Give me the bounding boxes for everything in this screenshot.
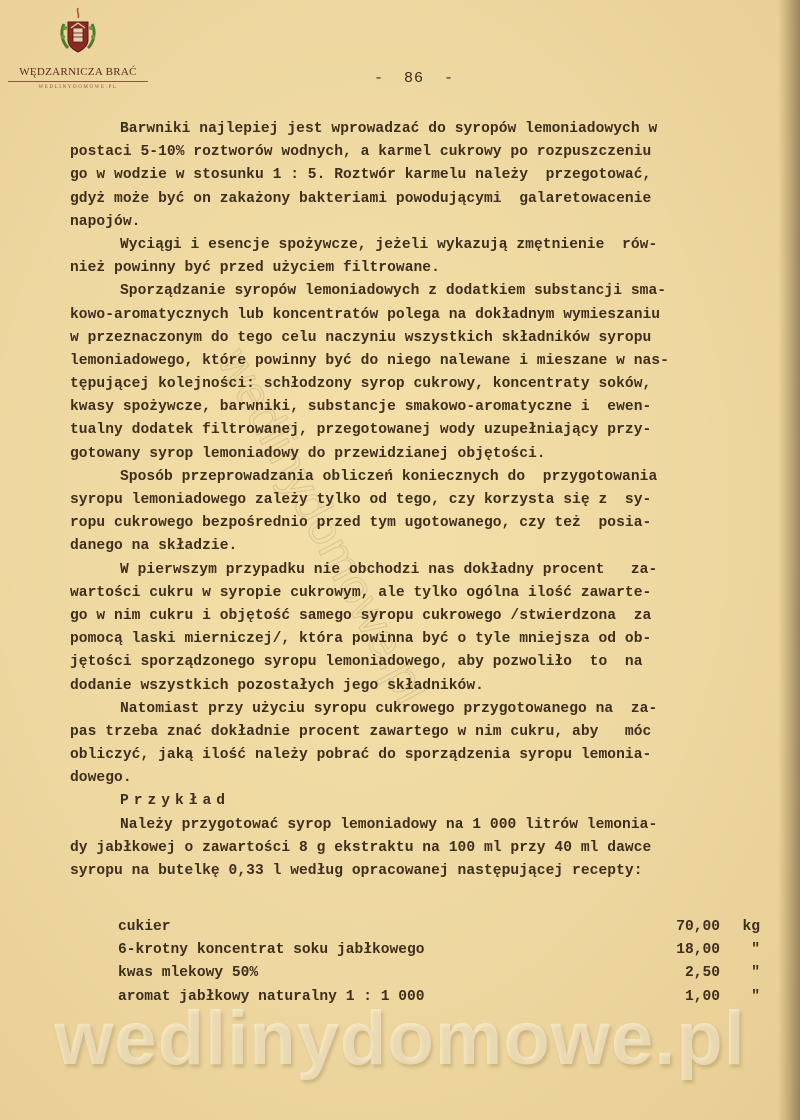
example-heading: Przykład [70, 790, 770, 813]
text-line: kwasy spożywcze, barwniki, substancje sm… [70, 396, 770, 419]
recipe-unit: " [720, 962, 760, 985]
paragraph-calculation-method: Sposób przeprowadzania obliczeń konieczn… [70, 466, 770, 559]
text-line: gdyż może być on zakażony bakteriami pow… [70, 188, 770, 211]
recipe-amount: 18,00 [640, 939, 720, 962]
text-line: gotowany syrop lemoniadowy do przewidzia… [70, 443, 770, 466]
text-line: Należy przygotować syrop lemoniadowy na … [70, 814, 770, 837]
text-line: dy jabłkowej o zawartości 8 g ekstraktu … [70, 837, 770, 860]
text-line: nież powinny być przed użyciem filtrowan… [70, 257, 770, 280]
text-line: Barwniki najlepiej jest wprowadzać do sy… [70, 118, 770, 141]
text-line: pas trzeba znać dokładnie procent zawart… [70, 721, 770, 744]
recipe-amount: 2,50 [640, 962, 720, 985]
text-line: dowego. [70, 767, 770, 790]
text-line: obliczyć, jaką ilość należy pobrać do sp… [70, 744, 770, 767]
text-line: dodanie wszystkich pozostałych jego skła… [70, 675, 770, 698]
text-line: ropu cukrowego bezpośrednio przed tym ug… [70, 512, 770, 535]
text-line: W pierwszym przypadku nie obchodzi nas d… [70, 559, 770, 582]
text-line: danego na składzie. [70, 535, 770, 558]
page-number: - 86 - [374, 70, 454, 87]
text-line: syropu lemoniadowego zależy tylko od teg… [70, 489, 770, 512]
crest-icon [58, 6, 98, 58]
recipe-amount: 70,00 [640, 916, 720, 939]
site-logo[interactable]: WĘDZARNICZA BRAĆ WEDLINYDOMOWE.PL [8, 6, 148, 90]
text-line: tualny dodatek filtrowanej, przegotowane… [70, 419, 770, 442]
paragraph-preparation: Sporządzanie syropów lemoniadowych z dod… [70, 280, 770, 466]
recipe-ingredient: 6-krotny koncentrat soku jabłkowego [118, 939, 640, 962]
text-line: jętości sporządzonego syropu lemoniadowe… [70, 651, 770, 674]
text-line: lemoniadowego, które powinny być do nieg… [70, 350, 770, 373]
recipe-unit: kg [720, 916, 760, 939]
recipe-ingredient: kwas mlekowy 50% [118, 962, 640, 985]
recipe-row: 6-krotny koncentrat soku jabłkowego 18,0… [118, 939, 760, 962]
paragraph-colorants: Barwniki najlepiej jest wprowadzać do sy… [70, 118, 770, 234]
logo-subtitle: WEDLINYDOMOWE.PL [8, 85, 148, 90]
site-watermark: wedlinydomowe.pl [0, 995, 800, 1082]
text-line: Sposób przeprowadzania obliczeń konieczn… [70, 466, 770, 489]
logo-name: WĘDZARNICZA BRAĆ [8, 66, 148, 78]
paragraph-first-case: W pierwszym przypadku nie obchodzi nas d… [70, 559, 770, 698]
paragraph-second-case: Natomiast przy użyciu syropu cukrowego p… [70, 698, 770, 791]
text-line: syropu na butelkę 0,33 l według opracowa… [70, 860, 770, 883]
text-line: w przeznaczonym do tego celu naczyniu ws… [70, 327, 770, 350]
recipe-unit: " [720, 939, 760, 962]
text-line: Sporządzanie syropów lemoniadowych z dod… [70, 280, 770, 303]
text-line: pomocą laski mierniczej/, która powinna … [70, 628, 770, 651]
text-line: Wyciągi i esencje spożywcze, jeżeli wyka… [70, 234, 770, 257]
text-line: tępującej kolejności: schłodzony syrop c… [70, 373, 770, 396]
recipe-row: cukier 70,00 kg [118, 916, 760, 939]
text-line: wartości cukru w syropie cukrowym, ale t… [70, 582, 770, 605]
recipe-ingredient: cukier [118, 916, 640, 939]
text-line: postaci 5-10% roztworów wodnych, a karme… [70, 141, 770, 164]
page-edge-shadow [778, 0, 800, 1120]
text-line: go w nim cukru i objętość samego syropu … [70, 605, 770, 628]
paragraph-extracts: Wyciągi i esencje spożywcze, jeżeli wyka… [70, 234, 770, 280]
text-line: Natomiast przy użyciu syropu cukrowego p… [70, 698, 770, 721]
text-line: napojów. [70, 211, 770, 234]
document-body: Barwniki najlepiej jest wprowadzać do sy… [70, 118, 770, 883]
example-section: Przykład Należy przygotować syrop lemoni… [70, 790, 770, 883]
recipe-row: kwas mlekowy 50% 2,50 " [118, 962, 760, 985]
text-line: kowo-aromatycznych lub koncentratów pole… [70, 304, 770, 327]
text-line: go w wodzie w stosunku 1 : 5. Roztwór ka… [70, 164, 770, 187]
logo-divider [8, 81, 148, 82]
